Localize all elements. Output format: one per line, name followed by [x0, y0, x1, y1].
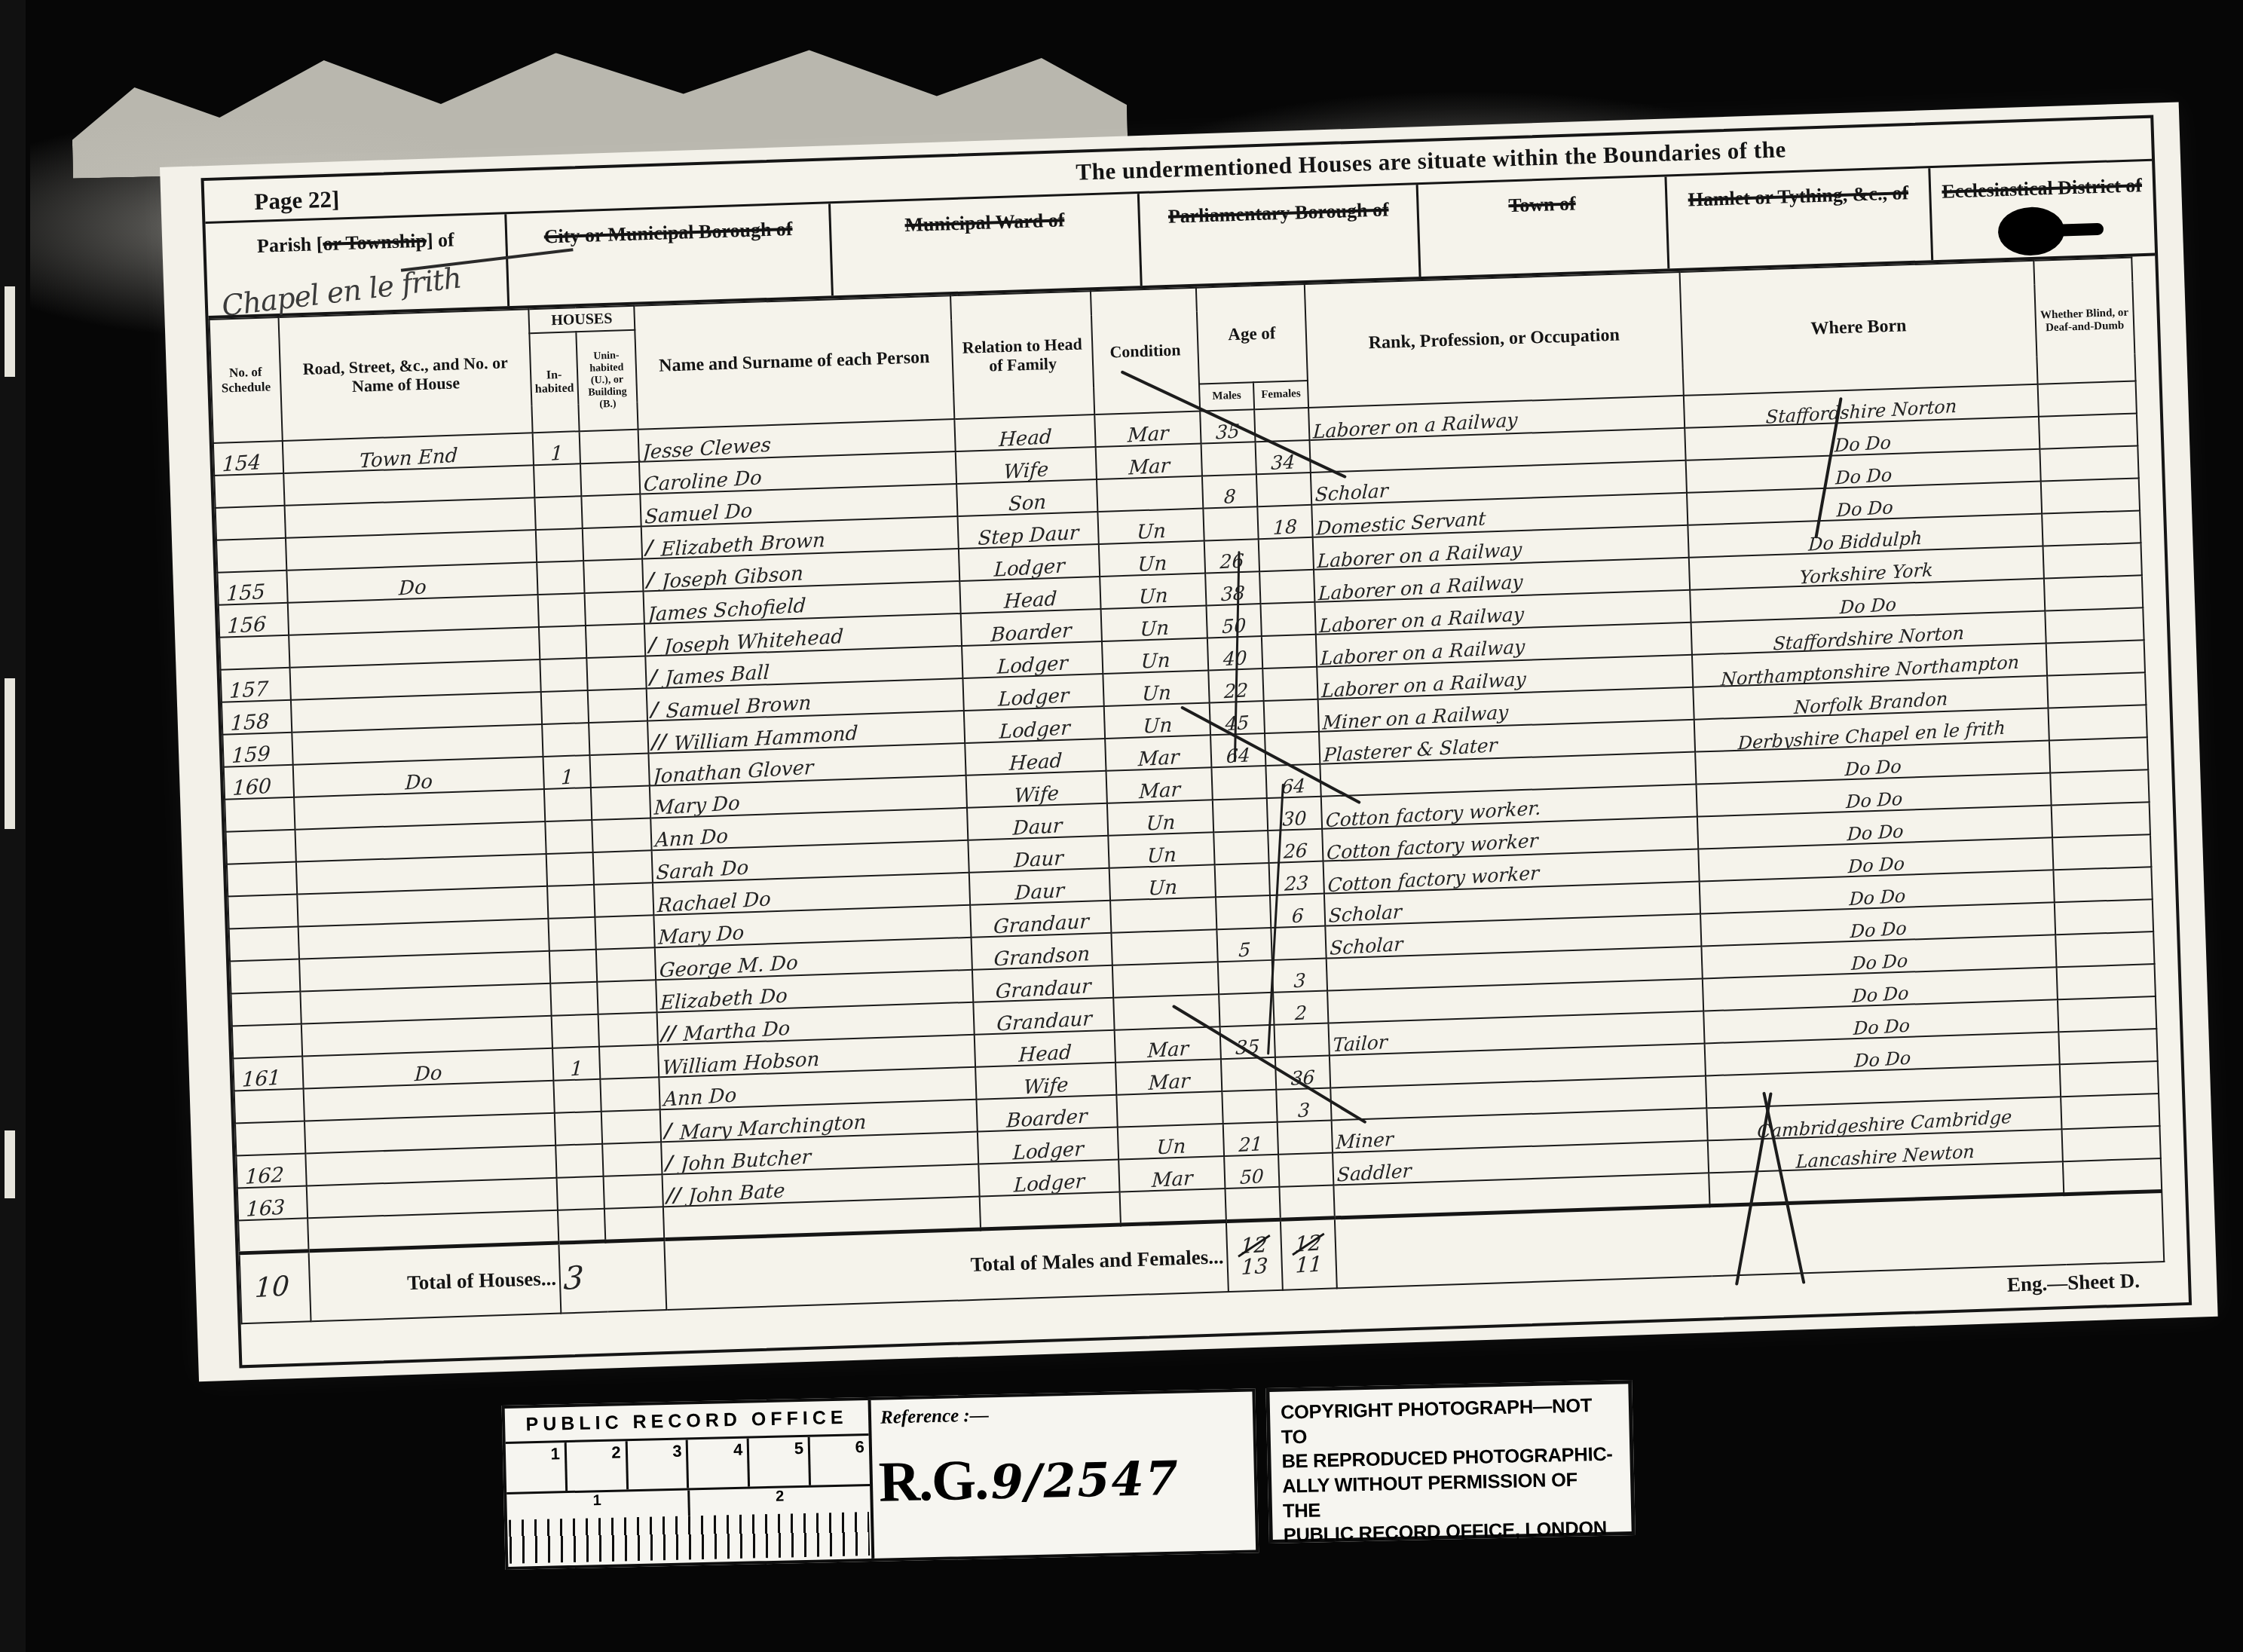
cell-age_m: 26 — [1219, 551, 1244, 571]
cell-name: Sarah Do — [656, 858, 749, 883]
col-header-road: Road, Street, &c., and No. or Name of Ho… — [279, 309, 533, 441]
cell-condition: Mar — [1148, 1072, 1190, 1094]
enumerator-tick: / — [665, 1154, 673, 1174]
cell-schedule: 155 — [222, 582, 266, 604]
cell-inhabited: 1 — [570, 1059, 583, 1079]
cell-relation: Son — [1008, 493, 1046, 515]
cell-relation: Daur — [1014, 849, 1064, 871]
public-record-office-stamp: PUBLIC RECORD OFFICE 123456 12 Reference… — [502, 1380, 1636, 1580]
cell-road: Do — [398, 577, 427, 598]
cell-relation: Lodger — [999, 718, 1070, 742]
cell-born: Do Do — [1839, 595, 1896, 616]
field-town: Town of — [1418, 176, 1670, 277]
cell-inhabited: 1 — [561, 767, 574, 788]
cell-age_m: 5 — [1238, 941, 1251, 960]
cell-relation: Lodger — [996, 653, 1068, 678]
cell-schedule: 162 — [240, 1165, 285, 1188]
ruler-cm-ticks — [509, 1512, 870, 1564]
page-number: Page 22] — [254, 185, 340, 216]
census-table-wrap: No. of Schedule Road, Street, &c., and N… — [209, 256, 2188, 1325]
list-item: ALLY WITHOUT PERMISSION OF THE — [1282, 1467, 1620, 1523]
cell-inhabited: 1 — [550, 444, 564, 464]
col-header-age-group: Age of — [1196, 284, 1308, 384]
cell-condition: Un — [1148, 877, 1178, 898]
cell-condition: Un — [1141, 683, 1171, 704]
cell-age_f: 30 — [1282, 809, 1307, 829]
cell-born: Do Do — [1850, 952, 1908, 973]
cell-condition: Un — [1136, 522, 1166, 543]
col-header-relation: Relation to Head of Family — [950, 291, 1094, 419]
cell-age_m: 8 — [1223, 487, 1236, 506]
cell-condition: Mar — [1128, 456, 1170, 478]
cell-relation: Wife — [1003, 460, 1049, 482]
total-schedules-value: 10 — [243, 1273, 289, 1303]
col-header-houses-group: HOUSES — [528, 306, 635, 334]
reference-label: Reference :— — [880, 1400, 1244, 1429]
cell-relation: Head — [999, 427, 1052, 450]
cell-name: Ann Do — [655, 827, 729, 851]
stamp-reference-slab: PUBLIC RECORD OFFICE 123456 12 Reference… — [502, 1388, 1259, 1570]
list-item: 2 — [690, 1486, 871, 1516]
cell-condition: Un — [1140, 619, 1170, 640]
cell-relation: Head — [1018, 1043, 1072, 1066]
cell-born: Do Do — [1834, 433, 1891, 454]
cell-age_f: 64 — [1281, 776, 1306, 797]
enumerator-tick: / — [648, 635, 656, 656]
cell-relation: Head — [1008, 751, 1062, 774]
cell-born: Do Do — [1853, 1017, 1910, 1038]
col-header-uninhabited: Unin-habited (U.), or Building (B.) — [576, 330, 638, 431]
field-parliamentary-borough: Parliamentary Borough of — [1140, 185, 1421, 286]
list-item: 4 — [688, 1439, 750, 1488]
list-item: 1 — [506, 1490, 690, 1519]
col-header-schedule: No. of Schedule — [210, 317, 283, 443]
field-parish: Parish [or Township] of Chapel en le fri… — [205, 214, 509, 316]
list-item: 3 — [627, 1439, 689, 1489]
cell-name: Mary Do — [653, 794, 740, 818]
cell-relation: Lodger — [993, 556, 1065, 580]
cell-condition: Un — [1137, 554, 1167, 575]
cell-condition: Un — [1146, 812, 1176, 834]
cell-age_m: 21 — [1238, 1134, 1263, 1155]
list-item: 2 — [567, 1441, 629, 1491]
cell-relation: Lodger — [998, 686, 1069, 710]
cell-age_m: 50 — [1222, 616, 1247, 636]
stamp-reference-box: Reference :— R.G. 9/2547 — [871, 1391, 1256, 1558]
col-header-males: Males — [1199, 382, 1254, 411]
cell-relation: Daur — [1013, 816, 1063, 839]
cell-relation: Daur — [1014, 881, 1065, 904]
cell-condition: Mar — [1139, 780, 1181, 802]
total-houses-label: Total of Houses... — [309, 1243, 562, 1322]
cell-occupation: Tailor — [1333, 1032, 1388, 1054]
col-header-born: Where Born — [1680, 261, 2038, 396]
enumerator-tick: / — [646, 571, 654, 591]
film-edge-mark — [5, 1130, 15, 1198]
cell-occupation: Scholar — [1330, 935, 1403, 958]
cell-occupation: Miner — [1336, 1130, 1394, 1152]
cell-born: Do Do — [1850, 919, 1907, 941]
cell-name: Mary Do — [658, 923, 745, 947]
cell-born: Do Do — [1853, 1049, 1911, 1070]
list-item: COPYRIGHT PHOTOGRAPH—NOT TO — [1281, 1393, 1619, 1449]
census-page: Page 22] The undermentioned Houses are s… — [160, 102, 2218, 1381]
census-rows: 154Town End1Jesse ClewesHeadMar35Laborer… — [213, 381, 2162, 1253]
cell-schedule: 154 — [217, 452, 262, 475]
cell-condition: Mar — [1137, 748, 1180, 769]
cell-schedule: 159 — [227, 744, 271, 766]
cell-relation: Wife — [1014, 784, 1060, 806]
cell-born: Do Do — [1845, 790, 1902, 811]
col-header-infirm: Whether Blind, or Deaf-and-Dumb — [2033, 258, 2135, 384]
copyright-notice: COPYRIGHT PHOTOGRAPH—NOT TOBE REPRODUCED… — [1265, 1380, 1636, 1543]
enumerator-tick: / — [664, 1121, 672, 1142]
field-ecclesiastical-district: Ecclesiastical District of — [1930, 161, 2155, 260]
cell-age_f: 18 — [1273, 517, 1298, 537]
cell-condition: Mar — [1127, 424, 1169, 445]
col-header-occupation: Rank, Profession, or Occupation — [1305, 272, 1684, 408]
col-header-inhabited: In-habited — [529, 332, 579, 433]
cell-born: Do Do — [1834, 466, 1892, 487]
total-males: 12 13 — [1231, 1234, 1279, 1278]
reference-value: R.G. 9/2547 — [878, 1443, 1180, 1516]
census-form: Page 22] The undermentioned Houses are s… — [200, 115, 2192, 1369]
cell-condition: Un — [1143, 715, 1173, 736]
enumerator-tick: / — [650, 668, 658, 688]
ink-blot — [1997, 206, 2065, 256]
cell-occupation: Scholar — [1328, 902, 1402, 925]
total-females: 12 11 — [1284, 1232, 1333, 1276]
cell-schedule: 156 — [222, 614, 267, 637]
enumerator-tick: // — [651, 732, 666, 752]
cell-occupation: Saddler — [1336, 1161, 1412, 1185]
cell-road: Do — [405, 772, 433, 793]
cell-relation: Head — [1004, 589, 1057, 612]
cell-relation: Boarder — [1006, 1106, 1088, 1130]
cell-relation: Lodger — [1012, 1140, 1084, 1164]
cell-relation: Lodger — [1014, 1172, 1085, 1196]
col-header-condition: Condition — [1091, 288, 1200, 415]
cell-occupation: Scholar — [1314, 481, 1388, 504]
list-item: 1 — [506, 1442, 568, 1492]
cell-schedule: 157 — [225, 679, 269, 702]
field-municipal-ward: Municipal Ward of — [831, 194, 1143, 295]
enumerator-tick: // — [666, 1185, 681, 1206]
cell-relation: Boarder — [990, 621, 1072, 645]
enumerator-tick: / — [645, 538, 653, 558]
list-item: 6 — [810, 1436, 870, 1485]
cell-born: Do Do — [1848, 887, 1905, 908]
cell-born: Do Do — [1836, 498, 1893, 519]
cell-born: Do Do — [1847, 822, 1904, 843]
cell-age_f: 34 — [1271, 452, 1296, 473]
cell-relation: Wife — [1024, 1075, 1069, 1098]
cell-age_f: 6 — [1291, 906, 1304, 925]
film-edge-mark — [5, 678, 15, 829]
cell-age_f: 3 — [1298, 1100, 1311, 1120]
total-houses-value: 3 — [563, 1262, 585, 1295]
cell-condition: Mar — [1147, 1039, 1189, 1061]
scanned-census-photograph: { "page": { "page_label": "Page 22]", "h… — [0, 0, 2243, 1652]
cell-schedule: 161 — [237, 1068, 282, 1091]
cell-age_f: 3 — [1293, 971, 1306, 990]
cell-schedule: 160 — [228, 776, 272, 799]
cell-age_f: 26 — [1284, 841, 1308, 861]
cell-schedule: 158 — [225, 711, 270, 734]
field-hamlet: Hamlet or Tything, &c., of — [1666, 168, 1933, 268]
field-city-borough: City or Municipal Borough of — [506, 203, 834, 306]
cell-condition: Un — [1156, 1137, 1186, 1158]
cell-age_f: 23 — [1284, 873, 1309, 894]
cell-condition: Mar — [1151, 1169, 1193, 1191]
cell-age_m: 50 — [1240, 1167, 1265, 1187]
list-item: 5 — [749, 1437, 811, 1487]
cell-age_m: 38 — [1221, 583, 1246, 604]
col-header-females: Females — [1253, 381, 1308, 409]
cell-condition: Un — [1138, 586, 1168, 607]
cell-schedule: 163 — [241, 1198, 286, 1220]
stamp-ruler: PUBLIC RECORD OFFICE 123456 12 — [505, 1400, 875, 1567]
cell-born: Do Do — [1844, 757, 1902, 779]
cell-age_m: 64 — [1226, 745, 1250, 766]
ruler-inch-scale: 123456 — [506, 1436, 870, 1494]
cell-road: Do — [414, 1063, 442, 1085]
census-table: No. of Schedule Road, Street, &c., and N… — [209, 257, 2165, 1325]
cell-born: Do Do — [1852, 984, 1909, 1005]
cell-name: Ann Do — [663, 1086, 737, 1110]
film-edge-mark — [5, 286, 15, 377]
enumerator-tick: / — [650, 700, 659, 720]
cell-condition: Un — [1140, 651, 1170, 672]
enumerator-tick: // — [661, 1023, 676, 1044]
col-header-name: Name and Surname of each Person — [634, 295, 954, 429]
cell-condition: Un — [1146, 845, 1177, 866]
cell-age_f: 2 — [1294, 1003, 1307, 1023]
cell-born: Do Do — [1847, 855, 1905, 876]
